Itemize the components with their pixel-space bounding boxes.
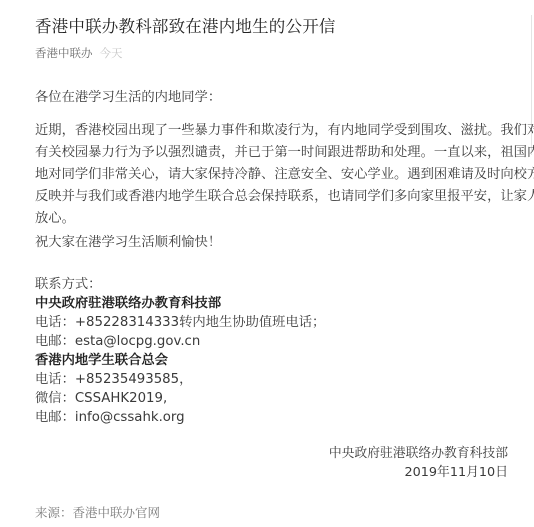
contact-email: 电邮：esta@locpg.gov.cn bbox=[35, 332, 325, 351]
article-meta: 香港中联办今天 bbox=[35, 45, 123, 61]
contact-phone: 电话：+85235493585， bbox=[35, 370, 325, 389]
article-title: 香港中联办教科部致在港内地生的公开信 bbox=[35, 16, 336, 38]
contact-email: 电邮：info@cssahk.org bbox=[35, 408, 325, 427]
letter-paragraph: 近期，香港校园出现了一些暴力事件和欺凌行为，有内地同学受到围攻、滋扰。我们对 有… bbox=[35, 120, 505, 230]
article-page: 香港中联办教科部致在港内地生的公开信 香港中联办今天 各位在港学习生活的内地同学… bbox=[0, 0, 534, 527]
letter-greeting: 各位在港学习生活的内地同学： bbox=[35, 88, 505, 108]
paragraph-line: 反映并与我们或香港内地学生联合总会保持联系，也请同学们多向家里报平安，让家人 bbox=[35, 186, 505, 208]
contact-section: 联系方式： 中央政府驻港联络办教育科技部 电话：+85228314333转内地生… bbox=[35, 275, 325, 427]
publish-time: 今天 bbox=[100, 46, 123, 60]
paragraph-line: 放心。 bbox=[35, 208, 505, 230]
contact-org-name: 香港内地学生联合总会 bbox=[35, 351, 325, 370]
contact-org-name: 中央政府驻港联络办教育科技部 bbox=[35, 294, 325, 313]
signature-org: 中央政府驻港联络办教育科技部 bbox=[329, 444, 508, 463]
contact-phone: 电话：+85228314333转内地生协助值班电话； bbox=[35, 313, 325, 332]
letter-wish: 祝大家在港学习生活顺利愉快！ bbox=[35, 233, 505, 253]
contact-heading: 联系方式： bbox=[35, 275, 325, 294]
paragraph-line: 近期，香港校园出现了一些暴力事件和欺凌行为，有内地同学受到围攻、滋扰。我们对 bbox=[35, 120, 505, 142]
letter-signature: 中央政府驻港联络办教育科技部 2019年11月10日 bbox=[329, 444, 508, 482]
signature-date: 2019年11月10日 bbox=[329, 463, 508, 482]
contact-wechat: 微信：CSSAHK2019, bbox=[35, 389, 325, 408]
paragraph-line: 有关校园暴力行为予以强烈谴责，并已于第一时间跟进帮助和处理。一直以来，祖国内 bbox=[35, 142, 505, 164]
article-source: 来源：香港中联办官网 bbox=[35, 505, 160, 521]
author-link[interactable]: 香港中联办 bbox=[35, 46, 93, 60]
paragraph-line: 地对同学们非常关心，请大家保持冷静、注意安全、安心学业。遇到困难请及时向校方 bbox=[35, 164, 505, 186]
